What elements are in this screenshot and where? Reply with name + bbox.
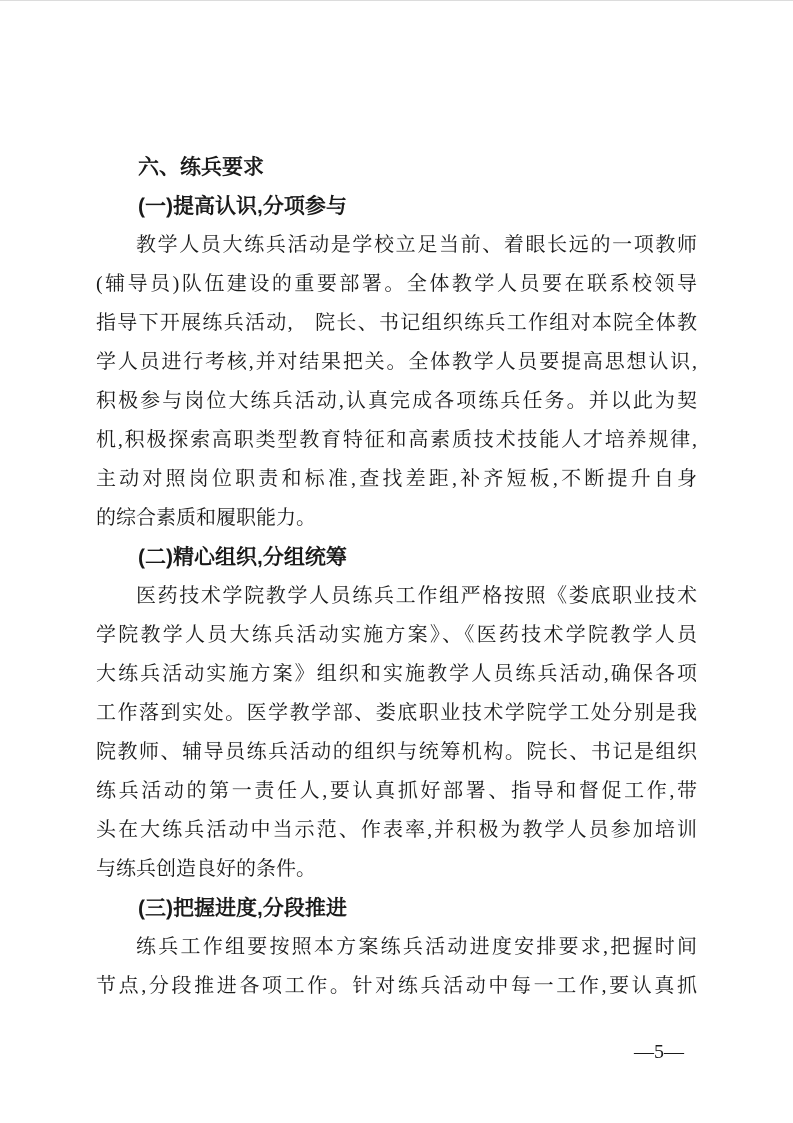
paragraph-line: 积极参与岗位大练兵活动,认真完成各项练兵任务。并以此为契: [96, 382, 697, 421]
section-heading: (一)提高认识,分项参与: [96, 187, 697, 226]
document-body: 六、练兵要求(一)提高认识,分项参与教学人员大练兵活动是学校立足当前、着眼长远的…: [96, 148, 697, 1006]
paragraph-line: 主动对照岗位职责和标准,查找差距,补齐短板,不断提升自身: [96, 460, 697, 499]
paragraph-line: 医药技术学院教学人员练兵工作组严格按照《娄底职业技术: [96, 577, 697, 616]
paragraph-line: (辅导员)队伍建设的重要部署。全体教学人员要在联系校领导: [96, 265, 697, 304]
document-page: 六、练兵要求(一)提高认识,分项参与教学人员大练兵活动是学校立足当前、着眼长远的…: [0, 0, 793, 1123]
paragraph-line: 学院教学人员大练兵活动实施方案》、《医药技术学院教学人员: [96, 616, 697, 655]
paragraph-line: 教学人员大练兵活动是学校立足当前、着眼长远的一项教师: [96, 226, 697, 265]
paragraph-line: 机,积极探索高职类型教育特征和高素质技术技能人才培养规律,: [96, 421, 697, 460]
paragraph-line: 节点,分段推进各项工作。针对练兵活动中每一工作,要认真抓: [96, 967, 697, 1006]
paragraph-line: 工作落到实处。医学教学部、娄底职业技术学院学工处分别是我: [96, 694, 697, 733]
section-heading: 六、练兵要求: [96, 148, 697, 187]
paragraph-line: 与练兵创造良好的条件。: [96, 850, 697, 889]
section-heading: (二)精心组织,分组统筹: [96, 538, 697, 577]
paragraph-line: 练兵活动的第一责任人,要认真抓好部署、指导和督促工作,带: [96, 772, 697, 811]
paragraph-line: 的综合素质和履职能力。: [96, 499, 697, 538]
section-heading: (三)把握进度,分段推进: [96, 889, 697, 928]
paragraph-line: 大练兵活动实施方案》组织和实施教学人员练兵活动,确保各项: [96, 655, 697, 694]
page-number: —5—: [96, 1042, 697, 1063]
paragraph-line: 指导下开展练兵活动, 院长、书记组织练兵工作组对本院全体教: [96, 304, 697, 343]
paragraph-line: 院教师、辅导员练兵活动的组织与统筹机构。院长、书记是组织: [96, 733, 697, 772]
paragraph-line: 头在大练兵活动中当示范、作表率,并积极为教学人员参加培训: [96, 811, 697, 850]
paragraph-line: 学人员进行考核,并对结果把关。全体教学人员要提高思想认识,: [96, 343, 697, 382]
paragraph-line: 练兵工作组要按照本方案练兵活动进度安排要求,把握时间: [96, 928, 697, 967]
